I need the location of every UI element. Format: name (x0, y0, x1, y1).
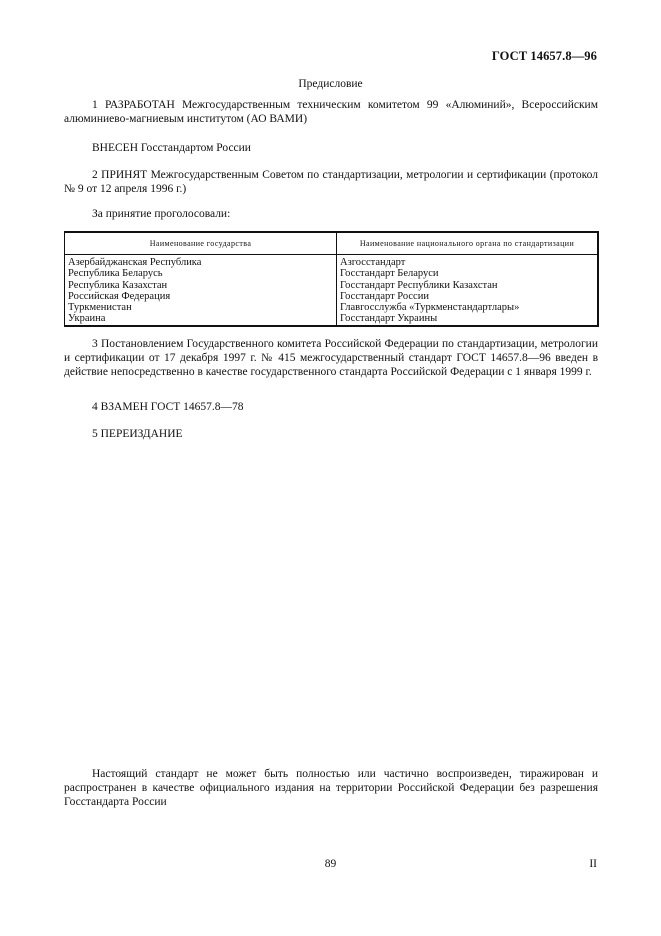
paragraph-reissue: 5 ПЕРЕИЗДАНИЕ (64, 427, 598, 441)
state-name: Азербайджанская Республика (68, 257, 336, 268)
standard-code-header: ГОСТ 14657.8—96 (492, 49, 597, 64)
paragraph-introduced-by: ВНЕСЕН Госстандартом России (64, 141, 598, 155)
standards-body-cell: Азгосстандарт Госстандарт Беларуси Госст… (337, 255, 599, 326)
state-name: Республика Беларусь (68, 268, 336, 279)
standards-body-name: Госстандарт Беларуси (340, 268, 597, 279)
standards-body-name: Азгосстандарт (340, 257, 597, 268)
page-title: Предисловие (0, 78, 661, 90)
state-name: Туркменистан (68, 302, 336, 313)
paragraph-developed-by: 1 РАЗРАБОТАН Межгосударственным техничес… (64, 98, 598, 126)
paragraph-adopted-by: 2 ПРИНЯТ Межгосударственным Советом по с… (64, 168, 598, 196)
copyright-notice: Настоящий стандарт не может быть полност… (64, 767, 598, 809)
column-header-state: Наименование государства (65, 232, 337, 255)
standards-body-name: Госстандарт Украины (340, 313, 597, 324)
state-name: Российская Федерация (68, 291, 336, 302)
paragraph-enacted: 3 Постановлением Государственного комите… (64, 337, 598, 379)
table-row: Азербайджанская Республика Республика Бе… (65, 255, 599, 326)
state-cell: Азербайджанская Республика Республика Бе… (65, 255, 337, 326)
paragraph-replaces: 4 ВЗАМЕН ГОСТ 14657.8—78 (64, 400, 598, 414)
standards-body-name: Госстандарт России (340, 291, 597, 302)
table-header-row: Наименование государства Наименование на… (65, 232, 599, 255)
column-header-standards-body: Наименование национального органа по ста… (337, 232, 599, 255)
voting-states-table: Наименование государства Наименование на… (64, 231, 599, 327)
paragraph-voted-for: За принятие проголосовали: (64, 207, 598, 221)
state-name: Украина (68, 313, 336, 324)
page-number: 89 (0, 858, 661, 870)
state-name: Республика Казахстан (68, 280, 336, 291)
standards-body-name: Главгосслужба «Туркменстандартлары» (340, 302, 597, 313)
standards-body-name: Госстандарт Республики Казахстан (340, 280, 597, 291)
section-roman-numeral: II (589, 858, 597, 870)
